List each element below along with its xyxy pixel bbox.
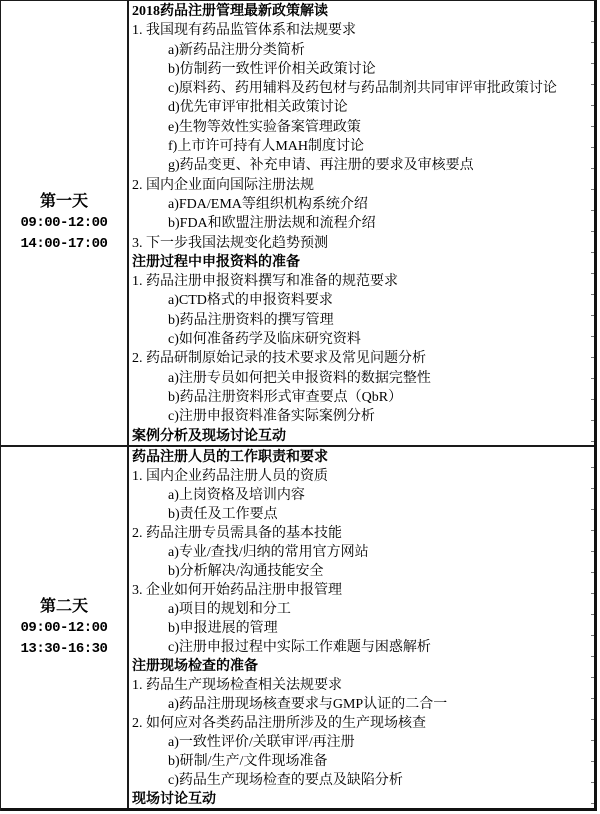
day-1-cell: 第一天 09:00-12:00 14:00-17:00: [1, 1, 129, 445]
agenda-line-section: 注册现场检查的准备: [129, 657, 594, 676]
agenda-line-sub: e)生物等效性实验备案管理政策: [129, 118, 594, 137]
agenda-line-sub: a)专业/查找/归纳的常用官方网站: [129, 543, 594, 562]
agenda-line-section: 药品注册人员的工作职责和要求: [129, 448, 594, 467]
agenda-line-num: 1. 药品生产现场检查相关法规要求: [129, 676, 594, 695]
day-1-morning-time: 09:00-12:00: [21, 213, 108, 234]
agenda-line-sub: a)一致性评价/关联审评/再注册: [129, 733, 594, 752]
day-1-title: 第一天: [40, 191, 88, 213]
agenda-line-sub: a)药品注册现场核查要求与GMP认证的二合一: [129, 695, 594, 714]
training-agenda-table: 第一天 09:00-12:00 14:00-17:00 2018药品注册管理最新…: [0, 0, 597, 811]
agenda-line-num: 1. 我国现有药品监管体系和法规要求: [129, 21, 594, 40]
day-1-row: 第一天 09:00-12:00 14:00-17:00 2018药品注册管理最新…: [1, 1, 594, 447]
agenda-line-sub: a)新药品注册分类简析: [129, 41, 594, 60]
day-2-morning-time: 09:00-12:00: [21, 618, 108, 639]
agenda-line-num: 2. 国内企业面向国际注册法规: [129, 176, 594, 195]
agenda-line-sub: b)责任及工作要点: [129, 505, 594, 524]
day-2-title: 第二天: [40, 596, 88, 618]
agenda-line-sub: c)注册申报资料准备实际案例分析: [129, 407, 594, 426]
agenda-line-sub: a)项目的规划和分工: [129, 600, 594, 619]
agenda-line-sub: c)原料药、药用辅料及药包材与药品制剂共同审评审批政策讨论: [129, 79, 594, 98]
agenda-line-sub: g)药品变更、补充申请、再注册的要求及审核要点: [129, 156, 594, 175]
agenda-line-section: 案例分析及现场讨论互动: [129, 427, 594, 445]
agenda-line-sub: b)药品注册资料形式审查要点（QbR）: [129, 388, 594, 407]
agenda-line-num: 2. 如何应对各类药品注册所涉及的生产现场核查: [129, 714, 594, 733]
day-1-afternoon-time: 14:00-17:00: [21, 234, 108, 255]
agenda-line-section: 现场讨论互动: [129, 790, 594, 808]
agenda-line-sub: c)注册申报过程中实际工作难题与困惑解析: [129, 638, 594, 657]
day-2-cell: 第二天 09:00-12:00 13:30-16:30: [1, 447, 129, 808]
agenda-line-sub: d)优先审评审批相关政策讨论: [129, 98, 594, 117]
agenda-line-sub: c)如何准备药学及临床研究资料: [129, 330, 594, 349]
agenda-line-sub: f)上市许可持有人MAH制度讨论: [129, 137, 594, 156]
agenda-line-sub: b)药品注册资料的撰写管理: [129, 311, 594, 330]
agenda-line-num: 1. 国内企业药品注册人员的资质: [129, 467, 594, 486]
agenda-line-sub: a)上岗资格及培训内容: [129, 486, 594, 505]
agenda-line-sub: b)申报进展的管理: [129, 619, 594, 638]
day-2-afternoon-time: 13:30-16:30: [21, 639, 108, 660]
agenda-line-num: 2. 药品注册专员需具备的基本技能: [129, 524, 594, 543]
agenda-line-sub: b)研制/生产/文件现场准备: [129, 752, 594, 771]
agenda-line-sub: b)FDA和欧盟注册法规和流程介绍: [129, 214, 594, 233]
day-2-agenda: 药品注册人员的工作职责和要求1. 国内企业药品注册人员的资质a)上岗资格及培训内…: [129, 447, 594, 808]
agenda-line-sub: a)FDA/EMA等组织机构系统介绍: [129, 195, 594, 214]
agenda-line-sub: a)注册专员如何把关申报资料的数据完整性: [129, 369, 594, 388]
agenda-line-num: 3. 企业如何开始药品注册申报管理: [129, 581, 594, 600]
agenda-line-section: 注册过程中申报资料的准备: [129, 253, 594, 272]
agenda-line-num: 3. 下一步我国法规变化趋势预测: [129, 234, 594, 253]
agenda-line-sub: c)药品生产现场检查的要点及缺陷分析: [129, 771, 594, 790]
agenda-line-section: 2018药品注册管理最新政策解读: [129, 2, 594, 21]
agenda-line-num: 1. 药品注册申报资料撰写和准备的规范要求: [129, 272, 594, 291]
agenda-line-sub: b)仿制药一致性评价相关政策讨论: [129, 60, 594, 79]
agenda-line-sub: b)分析解决/沟通技能安全: [129, 562, 594, 581]
day-2-row: 第二天 09:00-12:00 13:30-16:30 药品注册人员的工作职责和…: [1, 447, 594, 811]
day-1-agenda: 2018药品注册管理最新政策解读1. 我国现有药品监管体系和法规要求a)新药品注…: [129, 1, 594, 445]
agenda-line-sub: a)CTD格式的申报资料要求: [129, 291, 594, 310]
agenda-line-num: 2. 药品研制原始记录的技术要求及常见问题分析: [129, 349, 594, 368]
